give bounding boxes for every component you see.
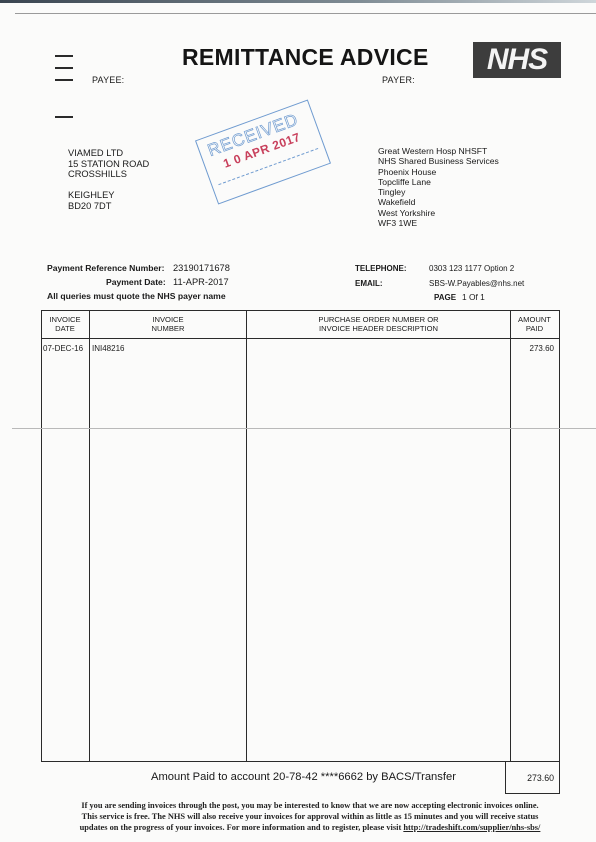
payer-address: Great Western Hosp NHSFT NHS Shared Busi… <box>378 146 499 228</box>
payee-line <box>68 180 149 191</box>
header-invoice-date: INVOICE DATE <box>41 315 89 333</box>
scan-edge <box>0 0 596 3</box>
payee-line: BD20 7DT <box>68 201 149 212</box>
header-amount-paid: AMOUNT PAID <box>511 315 558 333</box>
header-description: PURCHASE ORDER NUMBER OR INVOICE HEADER … <box>247 315 510 333</box>
cell-invoice-date: 07-DEC-16 <box>43 344 83 353</box>
payer-line: West Yorkshire <box>378 208 499 218</box>
cell-invoice-number: INI48216 <box>92 344 124 353</box>
column-divider <box>246 310 247 761</box>
telephone-label: TELEPHONE: <box>355 264 407 273</box>
payer-line: WF3 1WE <box>378 218 499 228</box>
document-title: REMITTANCE ADVICE <box>182 44 429 71</box>
tick-mark <box>55 55 73 57</box>
column-divider <box>510 310 511 761</box>
cell-amount: 273.60 <box>511 344 554 353</box>
payee-line: VIAMED LTD <box>68 148 149 159</box>
payment-summary: Amount Paid to account 20-78-42 ****6662… <box>151 771 456 783</box>
payment-date-label: Payment Date: <box>106 277 166 287</box>
payee-label: PAYEE: <box>92 75 124 85</box>
footer-line: updates on the progress of your invoices… <box>50 822 570 833</box>
payer-line: Wakefield <box>378 197 499 207</box>
scan-fold-line <box>15 13 596 14</box>
payer-line: Tingley <box>378 187 499 197</box>
scan-fold-line <box>12 428 596 429</box>
footer-line: This service is free. The NHS will also … <box>50 811 570 822</box>
payer-label: PAYER: <box>382 75 415 85</box>
column-divider <box>89 310 90 761</box>
page-label: PAGE <box>434 293 456 302</box>
queries-note: All queries must quote the NHS payer nam… <box>47 291 226 301</box>
table-header-divider <box>41 338 559 339</box>
payer-line: Phoenix House <box>378 167 499 177</box>
payee-address: VIAMED LTD 15 STATION ROAD CROSSHILLS KE… <box>68 148 149 212</box>
tradeshift-link[interactable]: http://tradeshift.com/supplier/nhs-sbs/ <box>403 823 540 832</box>
telephone-value: 0303 123 1177 Option 2 <box>429 264 514 273</box>
payee-line: CROSSHILLS <box>68 169 149 180</box>
header-invoice-number: INVOICE NUMBER <box>90 315 246 333</box>
payer-line: Great Western Hosp NHSFT <box>378 146 499 156</box>
payee-line: 15 STATION ROAD <box>68 159 149 170</box>
payment-reference-label: Payment Reference Number: <box>47 263 165 273</box>
payment-reference-value: 23190171678 <box>173 263 230 273</box>
tick-mark <box>55 79 73 81</box>
payee-line: KEIGHLEY <box>68 190 149 201</box>
footer-line: If you are sending invoices through the … <box>50 800 570 811</box>
tick-mark <box>55 67 73 69</box>
email-value: SBS-W.Payables@nhs.net <box>429 279 524 288</box>
received-stamp: RECEIVED 1 0 APR 2017 <box>195 100 331 205</box>
nhs-logo: NHS <box>473 42 561 78</box>
tick-mark <box>55 116 73 118</box>
total-amount: 273.60 <box>505 773 554 783</box>
payment-date-value: 11-APR-2017 <box>173 277 229 287</box>
invoice-table <box>41 310 560 762</box>
email-label: EMAIL: <box>355 279 383 288</box>
page-value: 1 Of 1 <box>462 292 485 302</box>
footer-notice: If you are sending invoices through the … <box>50 800 570 833</box>
payer-line: NHS Shared Business Services <box>378 156 499 166</box>
payer-line: Topcliffe Lane <box>378 177 499 187</box>
